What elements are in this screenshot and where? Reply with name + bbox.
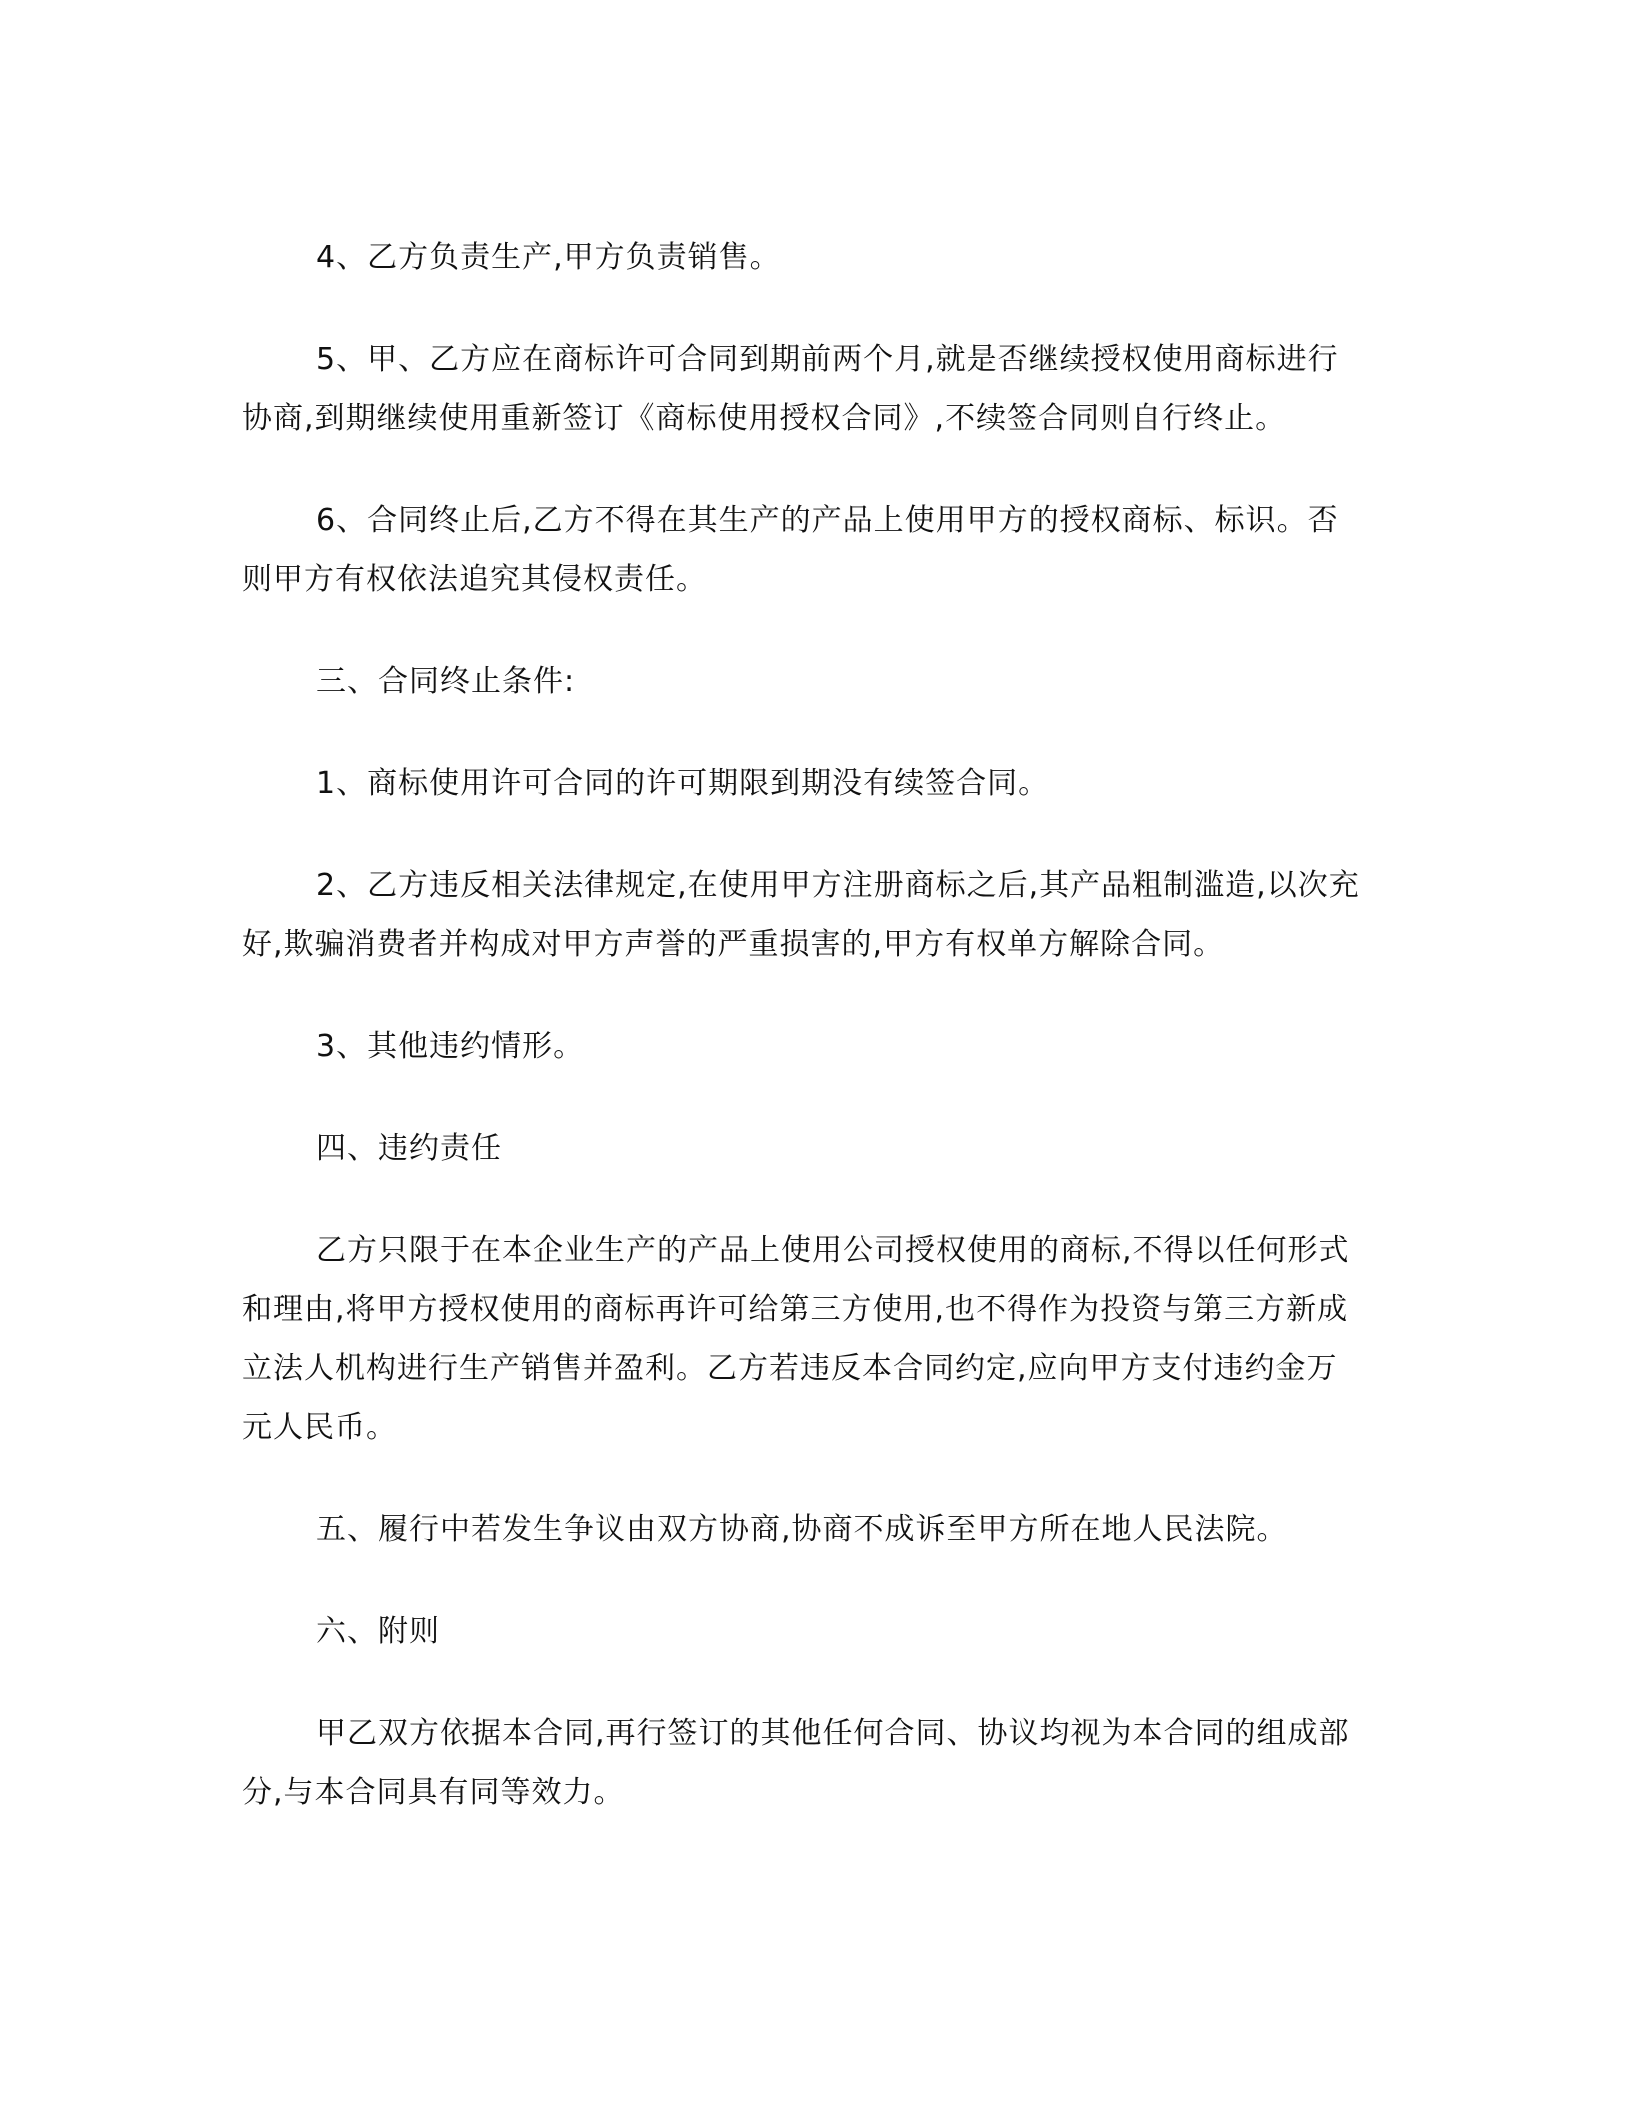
liability-line-3: 立法人机构进行生产销售并盈利。乙方若违反本合同约定,应向甲方支付违约金万 bbox=[242, 1349, 1338, 1389]
appendix-line-1: 甲乙双方依据本合同,再行签订的其他任何合同、协议均视为本合同的组成部 bbox=[316, 1714, 1350, 1754]
clause-6-line-2: 则甲方有权依法追究其侵权责任。 bbox=[242, 560, 707, 600]
clause-5-line-2: 协商,到期继续使用重新签订《商标使用授权合同》,不续签合同则自行终止。 bbox=[242, 399, 1286, 439]
clause-5-line-1: 5、甲、乙方应在商标许可合同到期前两个月,就是否继续授权使用商标进行 bbox=[316, 340, 1339, 380]
liability-line-1: 乙方只限于在本企业生产的产品上使用公司授权使用的商标,不得以任何形式 bbox=[316, 1231, 1350, 1271]
clause-6-line-1: 6、合同终止后,乙方不得在其生产的产品上使用甲方的授权商标、标识。否 bbox=[316, 501, 1339, 541]
term-1-line-1: 1、商标使用许可合同的许可期限到期没有续签合同。 bbox=[316, 764, 1049, 804]
section-4-heading: 四、违约责任 bbox=[316, 1129, 502, 1169]
clause-4-line-1: 4、乙方负责生产,甲方负责销售。 bbox=[316, 238, 781, 278]
term-3-line-1: 3、其他违约情形。 bbox=[316, 1027, 584, 1067]
liability-line-4: 元人民币。 bbox=[242, 1408, 397, 1448]
document-page: 4、乙方负责生产,甲方负责销售。 5、甲、乙方应在商标许可合同到期前两个月,就是… bbox=[0, 0, 1632, 2112]
term-2-line-1: 2、乙方违反相关法律规定,在使用甲方注册商标之后,其产品粗制滥造,以次充 bbox=[316, 866, 1360, 906]
term-2-line-2: 好,欺骗消费者并构成对甲方声誉的严重损害的,甲方有权单方解除合同。 bbox=[242, 925, 1224, 965]
section-5-line-1: 五、履行中若发生争议由双方协商,协商不成诉至甲方所在地人民法院。 bbox=[316, 1510, 1288, 1550]
section-6-heading: 六、附则 bbox=[316, 1612, 440, 1652]
section-3-heading: 三、合同终止条件: bbox=[316, 662, 575, 702]
appendix-line-2: 分,与本合同具有同等效力。 bbox=[242, 1773, 625, 1813]
liability-line-2: 和理由,将甲方授权使用的商标再许可给第三方使用,也不得作为投资与第三方新成 bbox=[242, 1290, 1348, 1330]
